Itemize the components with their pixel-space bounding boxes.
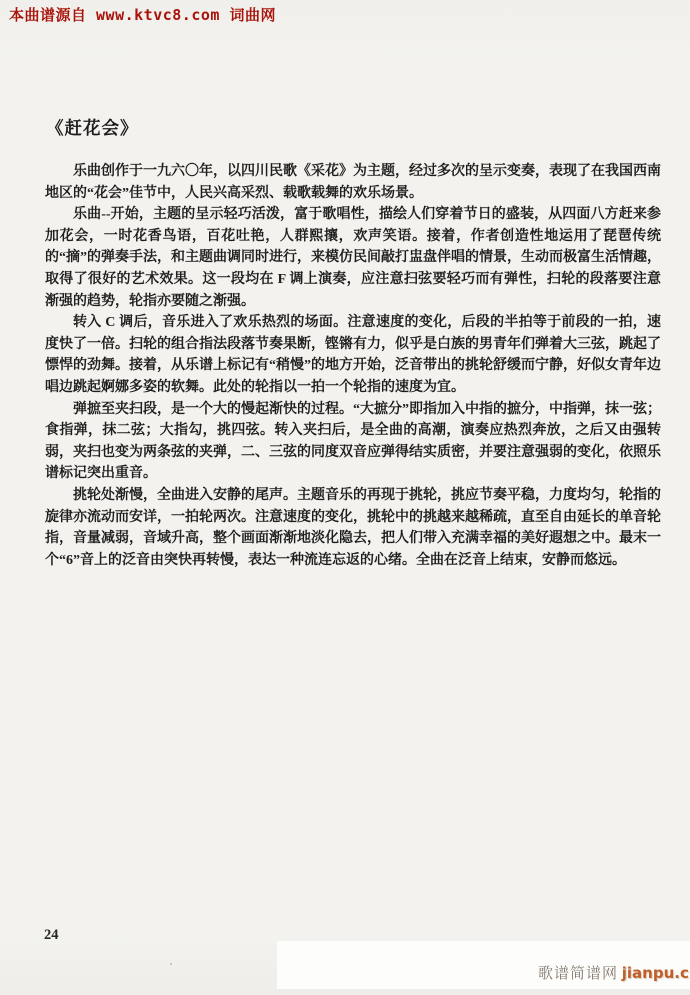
paragraph: 乐曲--开始，主题的呈示轻巧活泼，富于歌唱性，描绘人们穿着节日的盛装，从四面八方… — [45, 204, 661, 312]
site-name-label: 歌谱简谱网 — [538, 966, 618, 982]
paragraph: 乐曲创作于一九六〇年，以四川民歌《采花》为主题，经过多次的呈示变奏，表现了在我国… — [45, 161, 661, 204]
scanned-page: 本曲谱源自 www.ktvc8.com 词曲网 《赶花会》 乐曲创作于一九六〇年… — [0, 0, 690, 995]
site-url-label: jianpu.cn — [622, 964, 690, 982]
paragraph: 弹摭至夹扫段，是一个大的慢起渐快的过程。“大摭分”即指加入中指的摭分，中指弹，抹… — [45, 399, 661, 485]
page-title: 《赶花会》 — [46, 115, 139, 140]
scan-speck — [170, 963, 172, 965]
article-body: 乐曲创作于一九六〇年，以四川民歌《采花》为主题，经过多次的呈示变奏，表现了在我国… — [45, 161, 661, 571]
source-watermark-text: 本曲谱源自 www.ktvc8.com 词曲网 — [9, 4, 276, 25]
paragraph: 挑轮处渐慢，全曲进入安静的尾声。主题音乐的再现于挑轮，挑应节奏平稳，力度均匀，轮… — [45, 485, 661, 571]
site-watermark: 歌谱简谱网 jianpu.cn — [538, 962, 690, 983]
page-number: 24 — [44, 927, 59, 944]
paragraph: 转入 C 调后，音乐进入了欢乐热烈的场面。注意速度的变化，后段的半拍等于前段的一… — [45, 312, 661, 398]
